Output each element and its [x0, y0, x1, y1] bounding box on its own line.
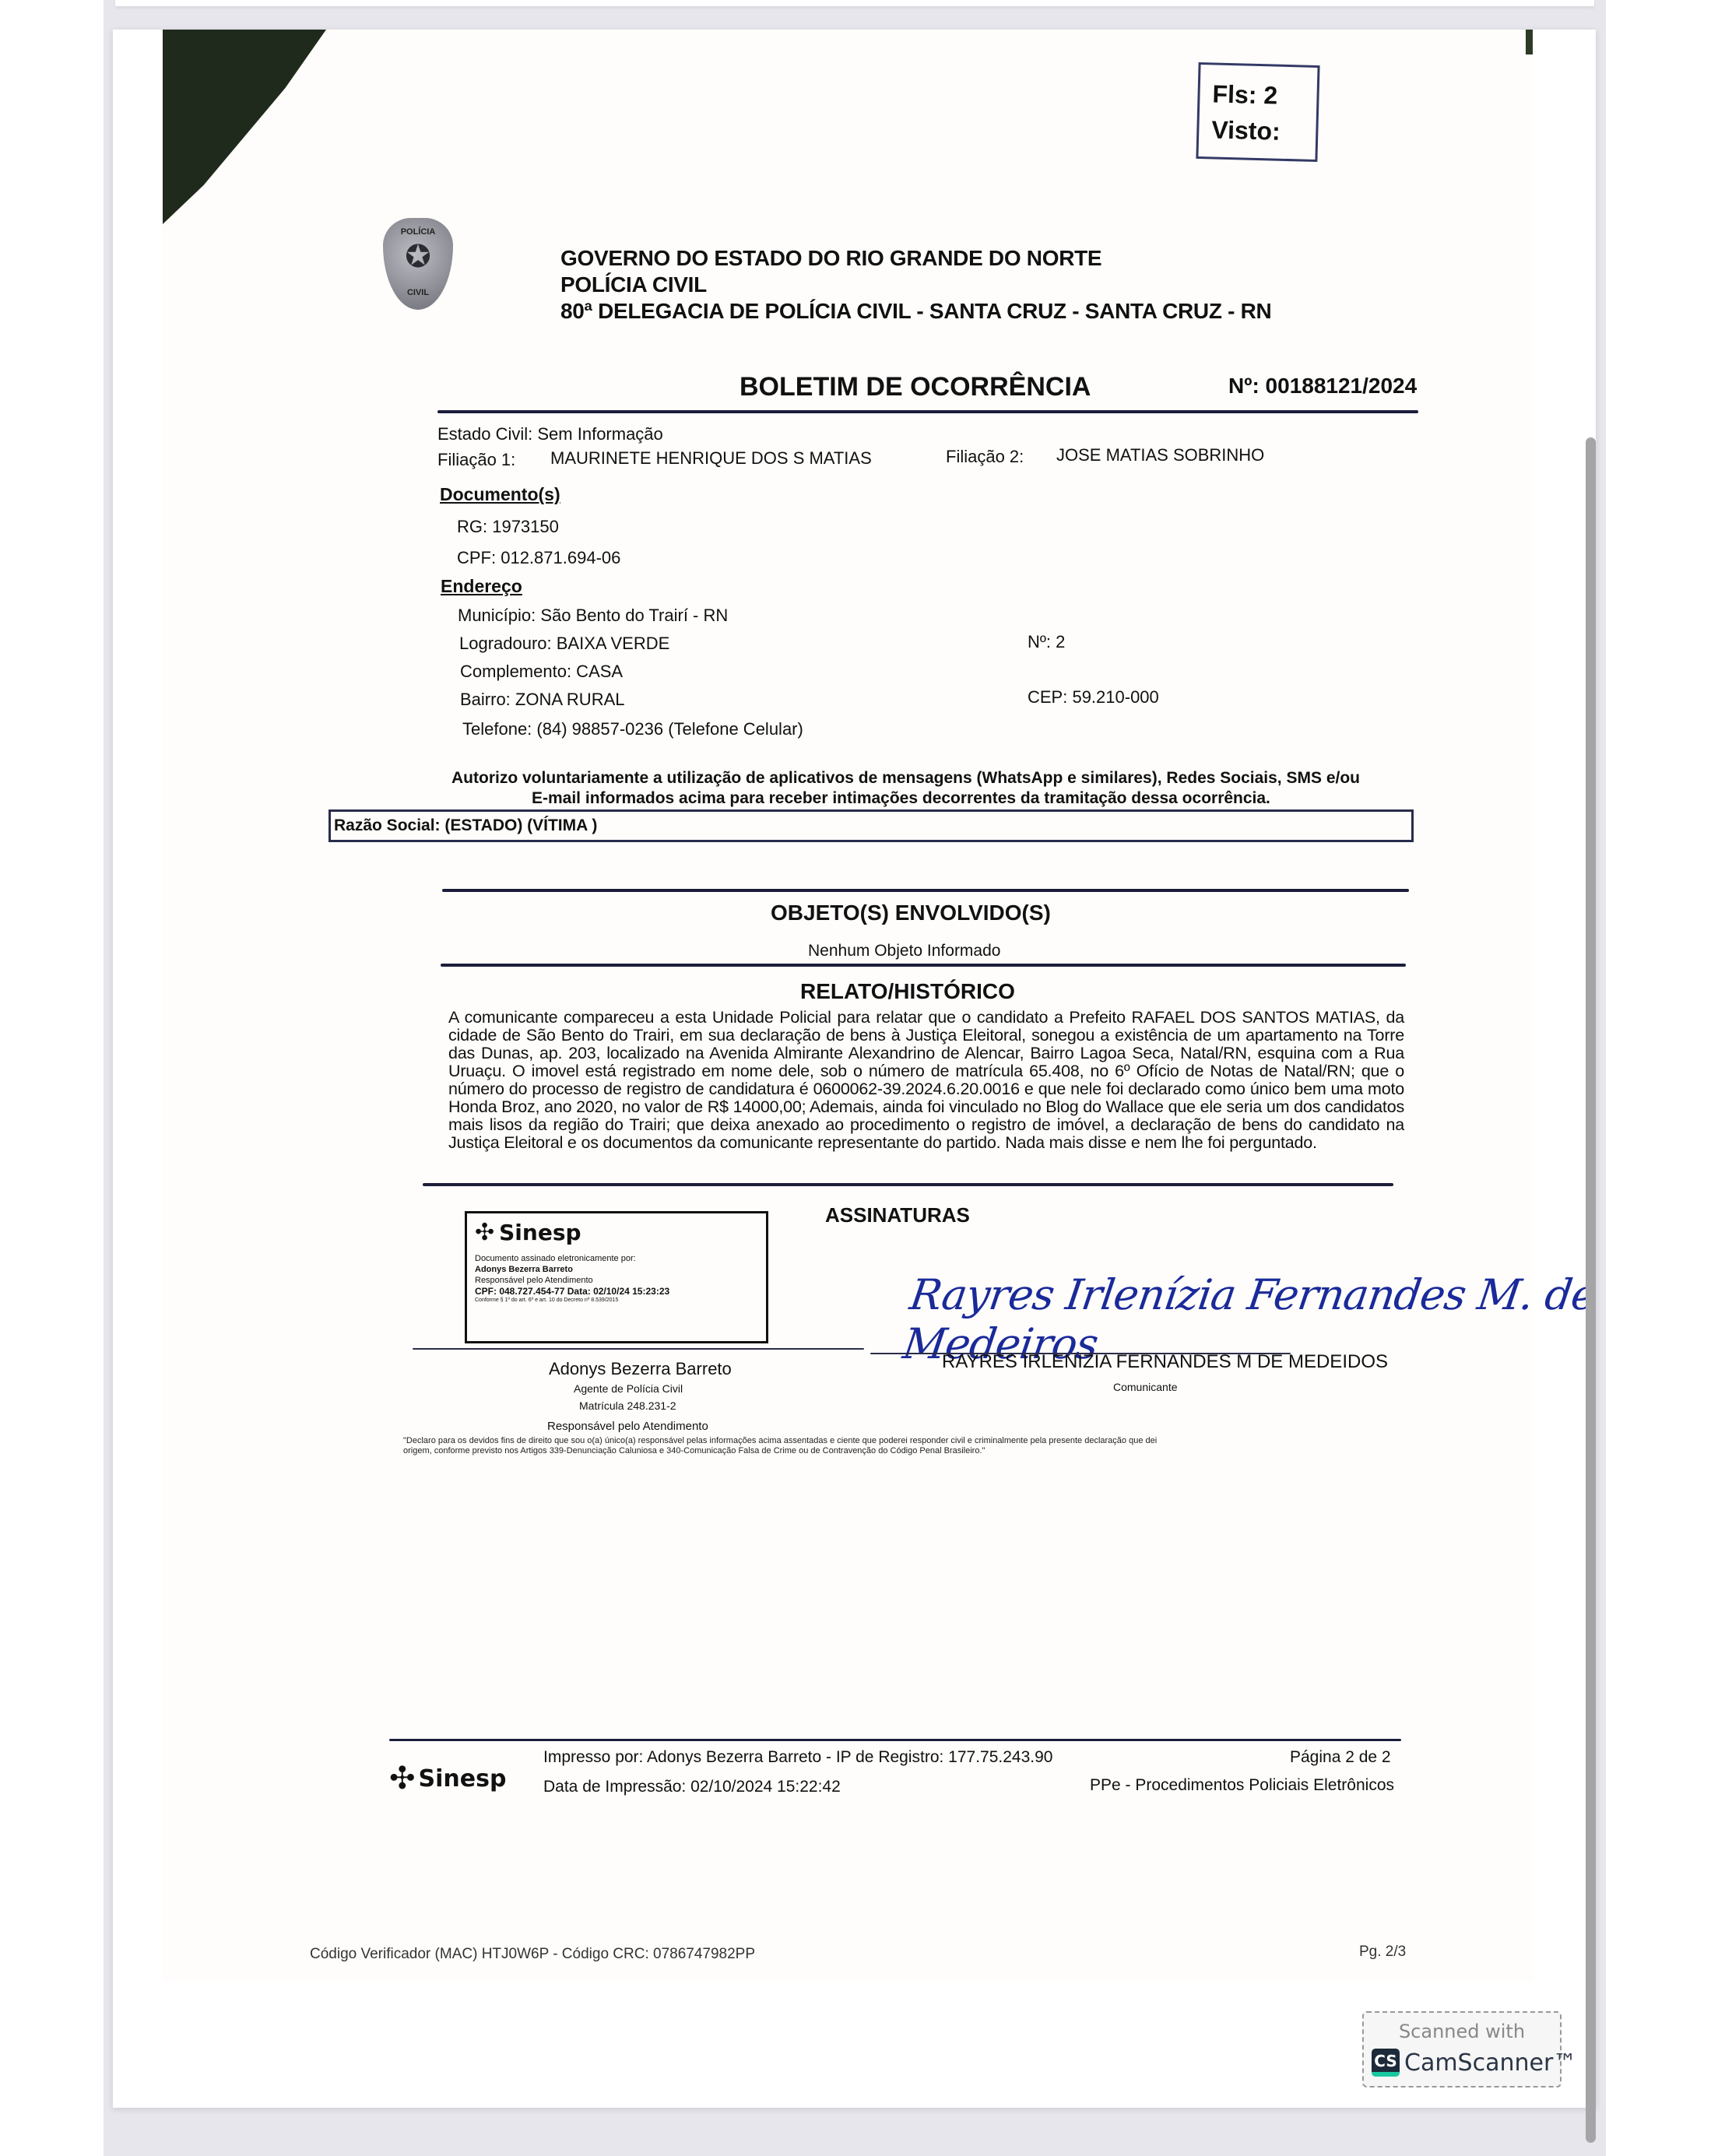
footer-sistema: PPe - Procedimentos Policiais Eletrônico… [1090, 1776, 1394, 1795]
documentos-heading: Documento(s) [440, 484, 560, 505]
sinesp-brand: Sinesp [499, 1220, 581, 1245]
agent-signature-line [413, 1348, 864, 1350]
estado-civil: Estado Civil: Sem Informação [437, 424, 663, 444]
relato-heading: RELATO/HISTÓRICO [800, 979, 1015, 1004]
previous-page-edge [115, 0, 1594, 6]
filiacao2-value: JOSE MATIAS SOBRINHO [1056, 445, 1264, 465]
footer-data-impressao: Data de Impressão: 02/10/2024 15:22:42 [543, 1778, 841, 1796]
header-police: POLÍCIA CIVIL [560, 272, 707, 297]
numero: Nº: 2 [1028, 632, 1065, 652]
logradouro: Logradouro: BAIXA VERDE [459, 634, 669, 654]
verifier-page: Pg. 2/3 [1359, 1944, 1406, 1961]
visto-label: Visto: [1211, 111, 1316, 149]
declaration-text: "Declaro para os devidos fins de direito… [403, 1436, 1407, 1456]
scanned-with-text: Scanned with [1364, 2021, 1560, 2042]
sinesp-logo-icon: ✣ [389, 1761, 416, 1796]
objetos-rule-bottom [441, 964, 1406, 967]
filiacao1-value: MAURINETE HENRIQUE DOS S MATIAS [550, 448, 872, 469]
razao-social: Razão Social: (ESTADO) (VÍTIMA ) [334, 816, 597, 835]
header-delegacia: 80ª DELEGACIA DE POLÍCIA CIVIL - SANTA C… [560, 299, 1271, 324]
folio-stamp: Fls: 2 Visto: [1196, 62, 1319, 162]
razao-social-box: Razão Social: (ESTADO) (VÍTIMA ) [328, 809, 1414, 842]
assinaturas-heading: ASSINATURAS [825, 1203, 970, 1227]
footer-rule [389, 1739, 1401, 1741]
declaration-line1: "Declaro para os devidos fins de direito… [403, 1436, 1407, 1446]
policia-civil-badge-icon: POLÍCIA ✪ CIVIL [383, 218, 453, 310]
badge-bottom-text: CIVIL [383, 288, 453, 297]
stamp-line1: Documento assinado eletronicamente por: [475, 1253, 766, 1264]
objetos-value: Nenhum Objeto Informado [808, 942, 1000, 960]
fls-label: Fls: 2 [1212, 75, 1317, 114]
footer-impresso: Impresso por: Adonys Bezerra Barreto - I… [543, 1748, 1052, 1767]
relato-text: A comunicante compareceu a esta Unidade … [448, 1009, 1404, 1152]
rg-value: RG: 1973150 [457, 517, 559, 537]
relato-rule [423, 1183, 1393, 1186]
footer-sinesp-logo: ✣ Sinesp [389, 1761, 506, 1796]
agent-responsavel: Responsável pelo Atendimento [547, 1420, 708, 1433]
cep: CEP: 59.210-000 [1028, 687, 1159, 708]
header-government: GOVERNO DO ESTADO DO RIO GRANDE DO NORTE [560, 246, 1101, 271]
endereco-heading: Endereço [441, 576, 522, 597]
camscanner-name: CamScanner™ [1404, 2049, 1576, 2077]
electronic-signature-stamp: ✣ Sinesp Documento assinado eletronicame… [465, 1211, 768, 1343]
camscanner-logo-icon: CS [1372, 2049, 1400, 2077]
agent-name: Adonys Bezerra Barreto [549, 1359, 732, 1379]
title-rule [437, 410, 1418, 413]
bairro: Bairro: ZONA RURAL [460, 690, 625, 710]
document-title: BOLETIM DE OCORRÊNCIA [740, 372, 1091, 402]
complemento: Complemento: CASA [460, 662, 623, 682]
star-icon: ✪ [383, 241, 453, 272]
objetos-rule-top [442, 889, 1409, 892]
stamp-line5: Conforme § 1º do art. 6º e art. 10 do De… [475, 1297, 766, 1304]
footer-pagina: Página 2 de 2 [1290, 1748, 1391, 1767]
vertical-scrollbar-thumb[interactable] [1586, 437, 1596, 2143]
cpf-value: CPF: 012.871.694-06 [457, 548, 620, 568]
authorization-line1: Autorizo voluntariamente a utilização de… [451, 769, 1360, 788]
comunicante-role: Comunicante [1113, 1381, 1178, 1393]
filiacao1-label: Filiação 1: [437, 450, 515, 470]
footer-brand: Sinesp [419, 1765, 507, 1793]
declaration-line2: origem, conforme previsto nos Artigos 33… [403, 1446, 1407, 1456]
objetos-heading: OBJETO(S) ENVOLVIDO(S) [771, 901, 1051, 925]
agent-role: Agente de Polícia Civil [574, 1382, 683, 1395]
comunicante-name: RAYRES IRLENIZIA FERNANDES M DE MEDEIDOS [942, 1351, 1388, 1373]
badge-top-text: POLÍCIA [383, 227, 453, 237]
verifier-code: Código Verificador (MAC) HTJ0W6P - Códig… [310, 1946, 755, 1963]
telefone: Telefone: (84) 98857-0236 (Telefone Celu… [462, 719, 803, 739]
dark-corner-background [163, 30, 326, 224]
stamp-line2: Adonys Bezerra Barreto [475, 1264, 766, 1275]
stamp-line3: Responsável pelo Atendimento [475, 1275, 766, 1286]
filiacao2-label: Filiação 2: [946, 447, 1024, 467]
camscanner-watermark: Scanned with CS CamScanner™ [1362, 2011, 1562, 2088]
agent-matricula: Matrícula 248.231-2 [579, 1399, 676, 1412]
municipio: Município: São Bento do Trairí - RN [458, 606, 728, 626]
authorization-line2: E-mail informados acima para receber int… [532, 789, 1270, 808]
edge-mark [1526, 30, 1533, 54]
document-number: Nº: 00188121/2024 [1228, 374, 1417, 399]
stamp-line4: CPF: 048.727.454-77 Data: 02/10/24 15:23… [475, 1286, 766, 1297]
sinesp-logo-icon: ✣ [475, 1221, 494, 1245]
